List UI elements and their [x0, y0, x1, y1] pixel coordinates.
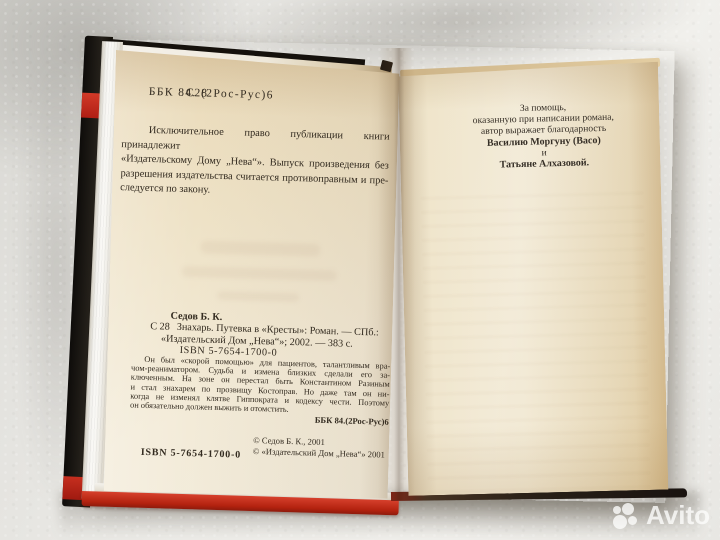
ghost-text-showthrough — [421, 192, 650, 497]
ghost-text-showthrough — [182, 266, 337, 281]
avito-logo-icon — [613, 503, 641, 531]
left-page: ББК 84. (2Рос-Рус)6 С28 Исключительное п… — [104, 50, 400, 499]
annotation: Он был «скорой помощью» для пациентов, т… — [130, 355, 391, 428]
bbk-code-block: ББК 84. (2Рос-Рус)6 С28 — [149, 86, 209, 101]
book-gutter-shadow — [378, 48, 420, 500]
copyright-line: © «Издательский Дом „Нева“» 2001 — [253, 446, 385, 460]
avito-logo-circle — [613, 506, 621, 514]
avito-watermark: Avito — [611, 499, 719, 533]
avito-logo-circle — [628, 516, 637, 525]
right-page: За помощь, оказанную при написании роман… — [398, 62, 668, 496]
avito-logo-circle — [622, 503, 634, 515]
avito-wordmark: Avito — [646, 498, 710, 532]
rights-notice: Исключительное право публикации книги пр… — [120, 123, 390, 203]
catalog-index: С 28 — [150, 321, 170, 333]
ghost-text-showthrough — [200, 240, 320, 256]
bbk-code-line: ББК 84. (2Рос-Рус)6 — [149, 86, 274, 102]
dedication: За помощь, оказанную при написании роман… — [433, 100, 655, 173]
ghost-text-showthrough — [217, 291, 299, 302]
isbn-footer: ISBN 5-7654-1700-0 — [141, 447, 242, 461]
avito-logo-circle — [613, 515, 627, 529]
copyright-block: © Седов Б. К., 2001 © «Издательский Дом … — [253, 435, 386, 460]
book-photo-scene: За помощь, оказанную при написании роман… — [0, 0, 720, 540]
